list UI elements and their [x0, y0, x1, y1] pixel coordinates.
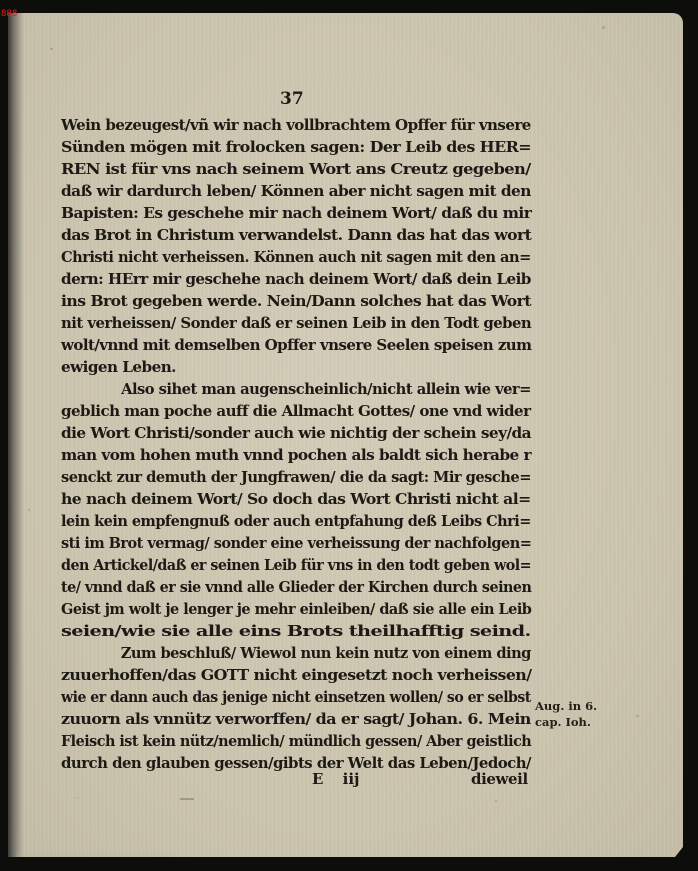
text-line: lein kein empfengnuß oder auch entpfahun… [61, 511, 531, 531]
signature-mark: E iij [312, 770, 359, 788]
text-line: wolt/vnnd mit demselben Opffer vnsere Se… [61, 335, 531, 355]
text-line: das Brot in Christum verwandelst. Dann d… [61, 225, 531, 245]
paper-speck [495, 800, 497, 802]
book-page: ~ 37 Wein bezeugest/vñ wir nach vollbrac… [8, 13, 683, 857]
text-line: Wein bezeugest/vñ wir nach vollbrachtem … [61, 115, 531, 135]
text-line: dern: HErr mir geschehe nach deinem Wort… [61, 269, 531, 289]
text-line: senckt zur demuth der Jungfrawen/ die da… [61, 467, 531, 487]
text-line: man vom hohen muth vnnd pochen als baldt… [61, 445, 531, 465]
text-line: zuuorn als vnnütz verworffen/ da er sagt… [61, 709, 531, 729]
text-line: den Artickel/daß er seinen Leib für vns … [61, 555, 531, 575]
paragraph-start-line: Also sihet man augenscheinlich/nicht all… [61, 379, 531, 399]
paragraph-start-line: Zum beschluß/ Wiewol nun kein nutz von e… [61, 643, 531, 663]
text-line: Fleisch ist kein nütz/nemlich/ mündlich … [61, 731, 531, 751]
text-line: sti im Brot vermag/ sonder eine verheiss… [61, 533, 531, 553]
marginal-note-line-1: Aug. in 6. [535, 699, 597, 713]
text-line: wie er dann auch das jenige nicht einset… [61, 687, 531, 707]
ink-dash-mark [180, 798, 194, 800]
scan-corner-label: 888 [1, 9, 17, 19]
text-line: ins Brot gegeben werde. Nein/Dann solche… [61, 291, 531, 311]
paper-speck [636, 715, 639, 717]
spine-shadow [8, 13, 24, 857]
paper-speck [28, 509, 30, 511]
scan-frame: 888 ~ 37 Wein bezeugest/vñ wir nach voll… [0, 0, 698, 871]
page-corner [675, 847, 683, 857]
paper-speck [602, 26, 605, 29]
marginal-note-line-2: cap. Ioh. [535, 715, 591, 729]
text-line: REN ist für vns nach seinem Wort ans Cre… [61, 159, 531, 179]
text-line: zuuerhoffen/das GOTT nicht eingesetzt no… [61, 665, 531, 685]
catchword: dieweil [471, 770, 528, 788]
text-line: Sünden mögen mit frolocken sagen: Der Le… [61, 137, 531, 157]
page-shadow [16, 848, 176, 857]
text-line: nit verheissen/ Sonder daß er seinen Lei… [61, 313, 531, 333]
text-line: Geist jm wolt je lenger je mehr einleibe… [61, 599, 531, 619]
paper-speck [14, 821, 17, 824]
text-line: durch den glauben gessen/gibts der Welt … [61, 753, 531, 773]
text-line: daß wir dardurch leben/ Können aber nich… [61, 181, 531, 201]
paper-speck [50, 48, 53, 50]
text-line: te/ vnnd daß er sie vnnd alle Glieder de… [61, 577, 531, 597]
text-line: die Wort Christi/sonder auch wie nichtig… [61, 423, 531, 443]
text-line: Bapisten: Es geschehe mir nach deinem Wo… [61, 203, 531, 223]
text-line: seien/wie sie alle eins Brots theilhafft… [61, 621, 531, 641]
page-number: 37 [280, 89, 304, 109]
text-line: geblich man poche auff die Allmacht Gott… [61, 401, 531, 421]
faint-mark: ~ [72, 791, 81, 804]
text-line: Christi nicht verheissen. Können auch ni… [61, 247, 531, 267]
text-line: he nach deinem Wort/ So doch das Wort Ch… [61, 489, 531, 509]
text-line: ewigen Leben. [61, 357, 176, 377]
